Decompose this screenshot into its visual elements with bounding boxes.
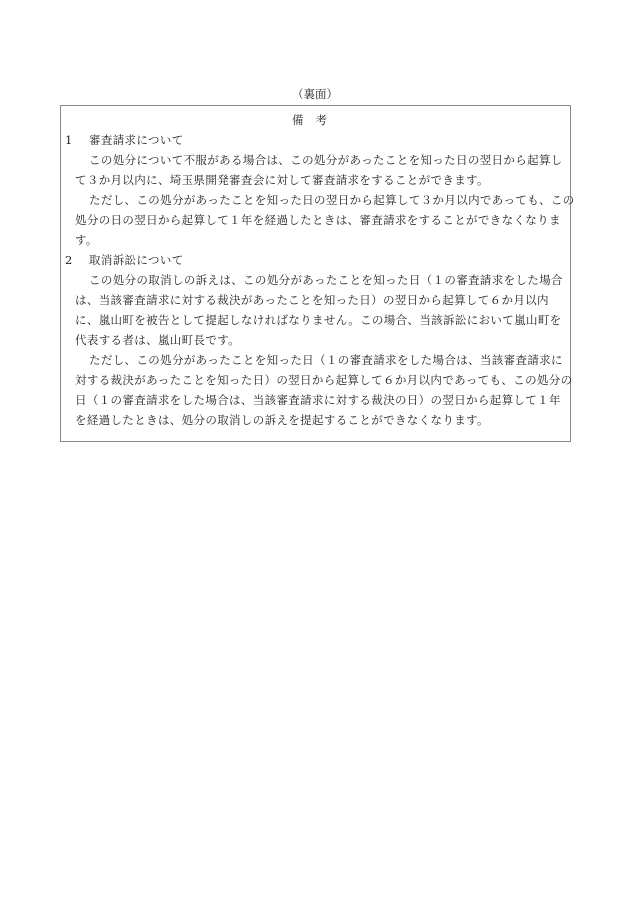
section-heading-revocation-suit: 2取消訴訟について [65, 252, 184, 268]
paragraph-line: 対する裁決があったことを知った日）の翌日から起算して６か月以内であっても、この処… [75, 372, 572, 388]
paragraph-line: ただし、この処分があったことを知った日の翌日から起算して３か月以内であっても、こ… [89, 192, 575, 208]
paragraph-line: ただし、この処分があったことを知った日（１の審査請求をした場合は、当該審査請求に [89, 352, 563, 368]
paragraph-line: この処分の取消しの訴えは、この処分があったことを知った日（１の審査請求をした場合 [89, 272, 563, 288]
section-heading-review-request: 1審査請求について [65, 132, 184, 148]
paragraph-line: に、嵐山町を被告として提起しなければなりません。この場合、当該訴訟において嵐山町… [75, 312, 562, 328]
remarks-title: 備考 [61, 112, 570, 128]
paragraph-line: を経過したときは、処分の取消しの訴えを提起することができなくなります。 [75, 412, 489, 428]
paragraph-line: て３か月以内に、埼玉県開発審査会に対して審査請求をすることができます。 [75, 172, 489, 188]
paragraph-line: この処分について不服がある場合は、この処分があったことを知った日の翌日から起算し [89, 152, 563, 168]
paragraph-line: は、当該審査請求に対する裁決があったことを知った日）の翌日から起算して６か月以内 [75, 292, 549, 308]
section-heading-text: 取消訴訟について [89, 253, 184, 267]
paragraph-line: す。 [75, 232, 98, 248]
page-side-label: （裏面） [0, 86, 630, 102]
section-number: 1 [65, 133, 89, 147]
section-number: 2 [65, 253, 89, 267]
section-heading-text: 審査請求について [89, 133, 184, 147]
paragraph-line: 処分の日の翌日から起算して１年を経過したときは、審査請求をすることができなくなり… [75, 212, 561, 228]
paragraph-line: 日（１の審査請求をした場合は、当該審査請求に対する裁決の日）の翌日から起算して１… [75, 392, 561, 408]
remarks-box: 備考 1審査請求について この処分について不服がある場合は、この処分があったこと… [60, 105, 571, 442]
paragraph-line: 代表する者は、嵐山町長です。 [75, 332, 240, 348]
